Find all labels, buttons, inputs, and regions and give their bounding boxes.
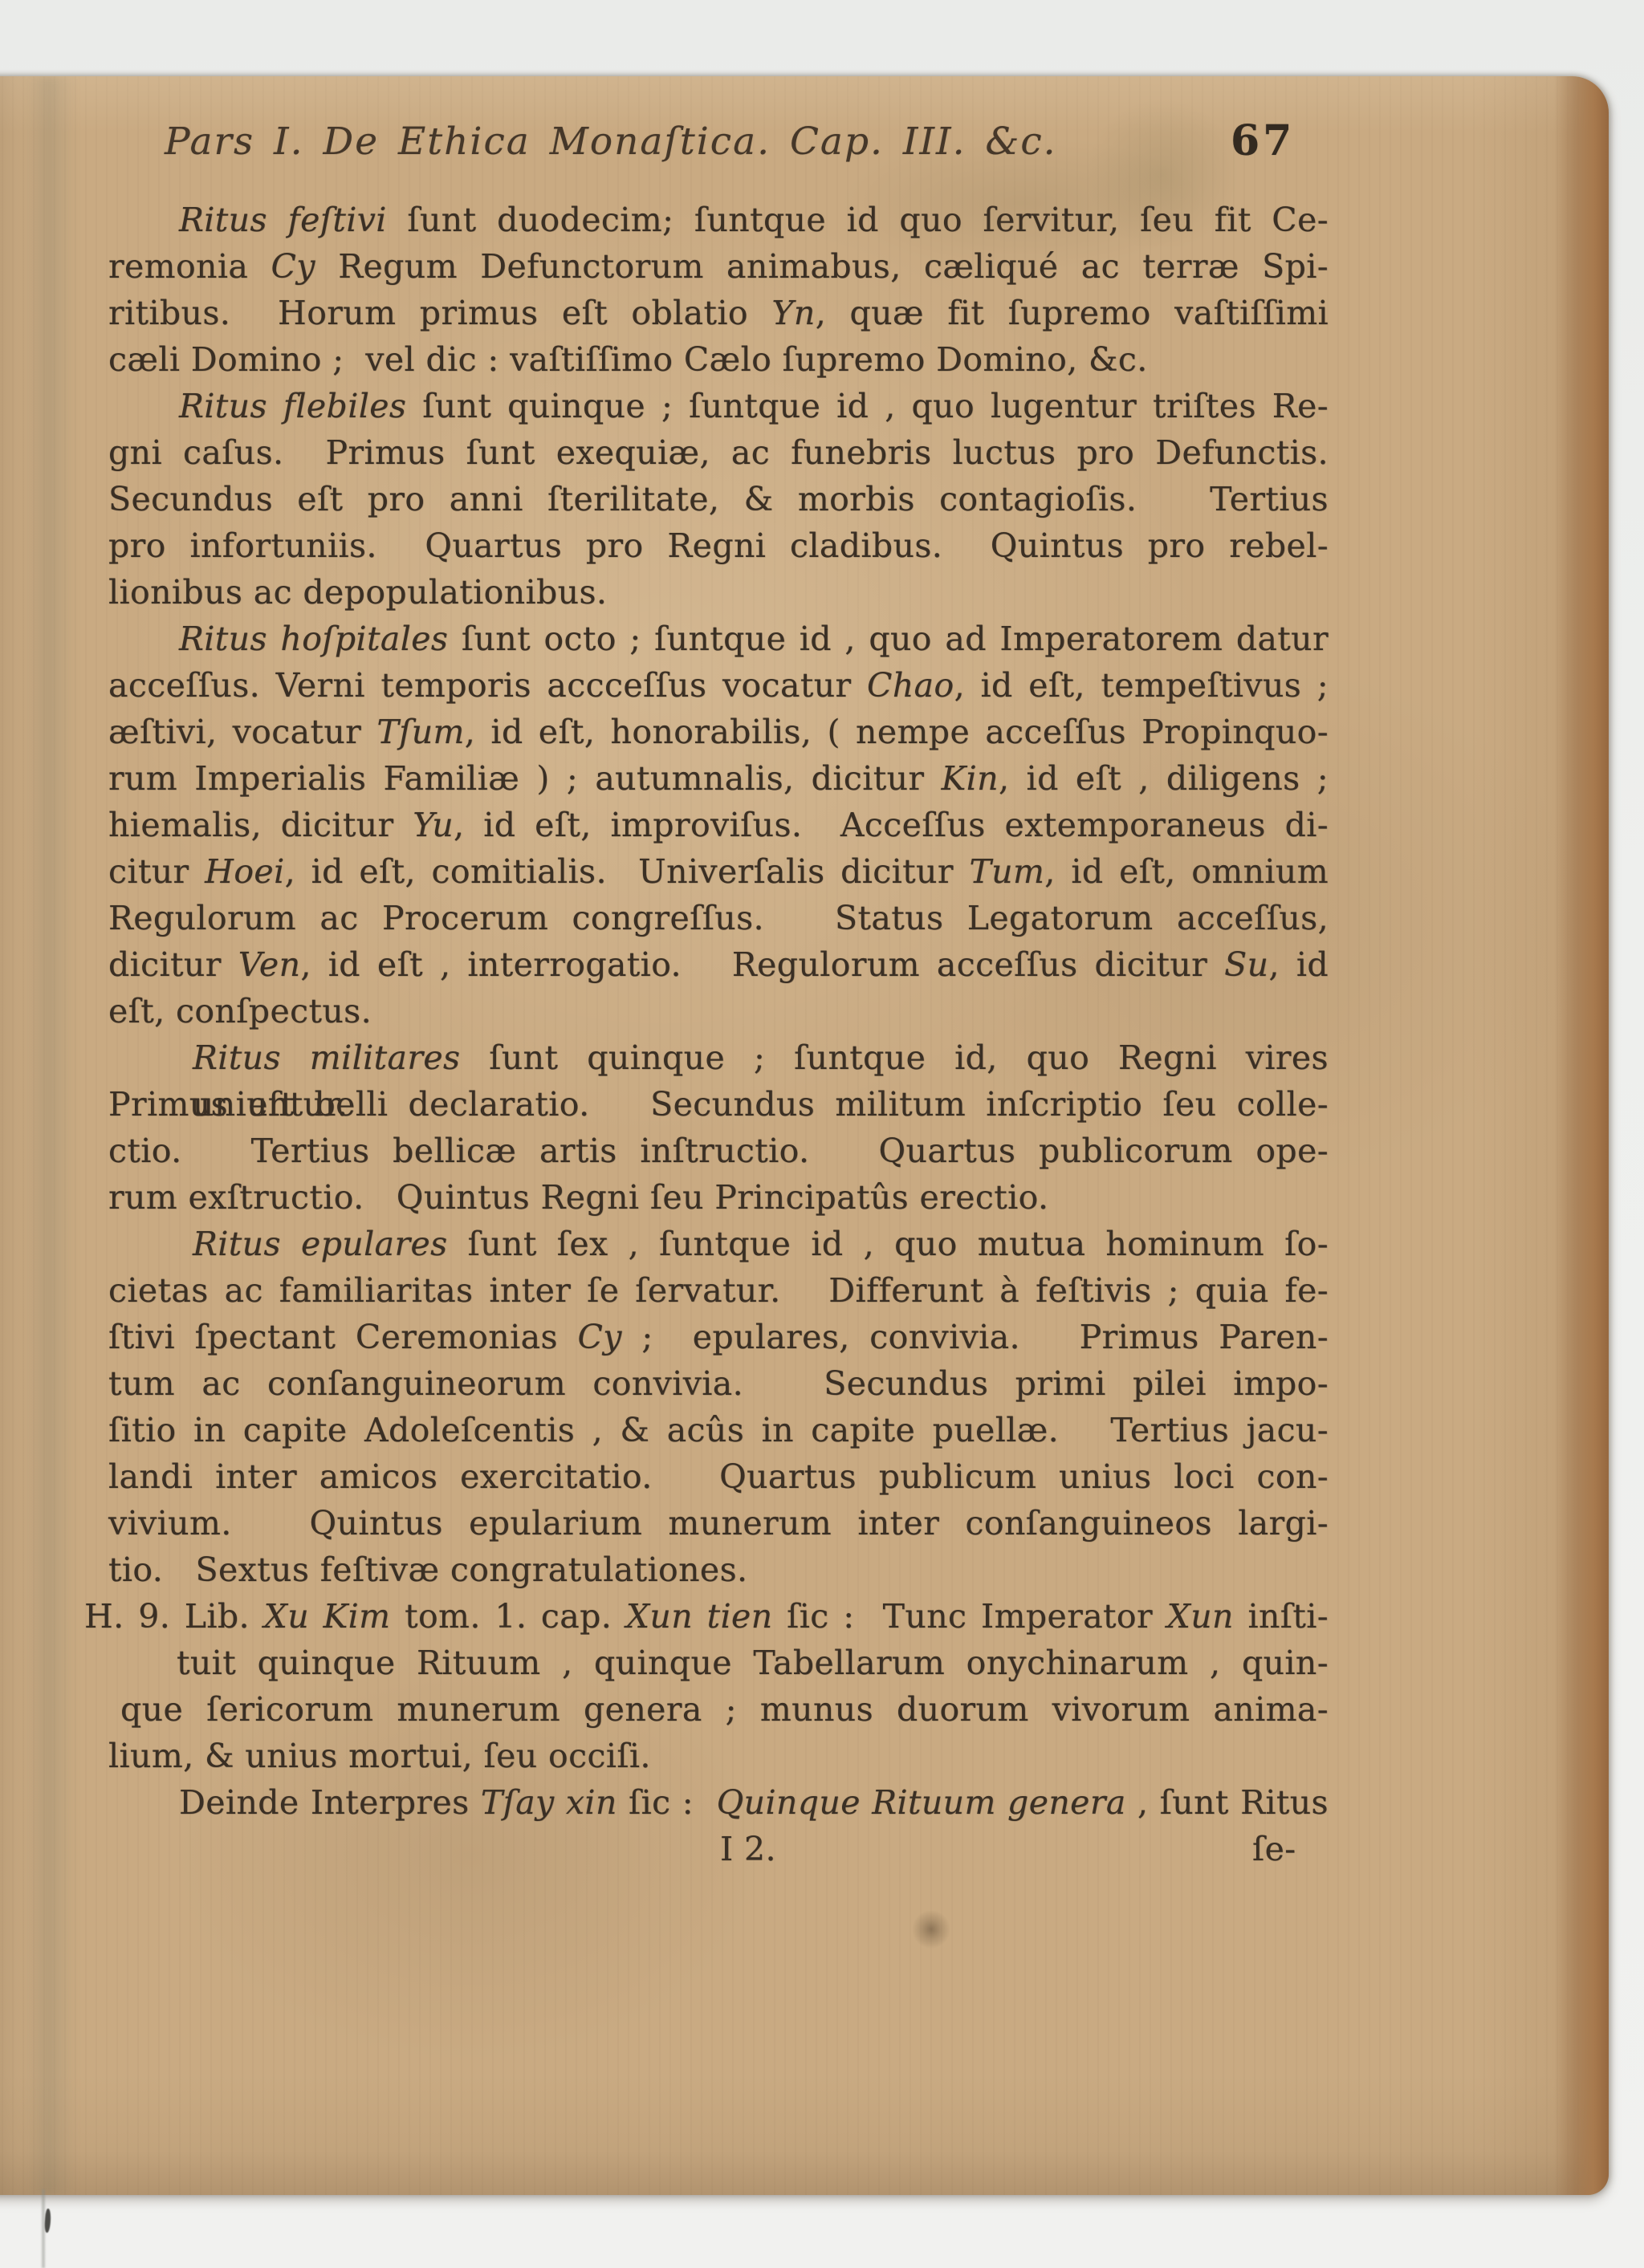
text-segment: , id eſt, omnium bbox=[1044, 852, 1329, 891]
text-segment: lium, & unius mortui, ſeu occiſi. bbox=[108, 1737, 651, 1775]
page-fore-edge bbox=[1554, 76, 1609, 2195]
text-line: ſitio in capite Adoleſcentis , & acûs in… bbox=[108, 1407, 1329, 1453]
gutter-shadow bbox=[27, 76, 77, 2195]
text-line: Secundus eſt pro anni ſterilitate, & mor… bbox=[108, 476, 1329, 522]
text-segment: ſitio in capite Adoleſcentis , & acûs in… bbox=[108, 1411, 1329, 1449]
italic-term: Ritus flebiles bbox=[179, 387, 406, 425]
italic-term: Cy bbox=[577, 1318, 621, 1356]
text-line: gni caſus. Primus ſunt exequiæ, ac funeb… bbox=[108, 429, 1329, 476]
paragraph: Ritus hoſpitales ſunt octo ; ſuntque id … bbox=[108, 616, 1329, 1034]
text-segment: tum ac conſanguineorum convivia. Secundu… bbox=[108, 1364, 1329, 1403]
text-segment: tom. 1. cap. bbox=[390, 1597, 625, 1636]
text-line: eſt, conſpectus. bbox=[108, 988, 1329, 1034]
text-line: ritibus. Horum primus eſt oblatio Yn, qu… bbox=[108, 290, 1329, 336]
text-segment: Secundus eſt pro anni ſterilitate, & mor… bbox=[108, 480, 1329, 518]
body-text: Ritus feſtivi ſunt duodecim; ſuntque id … bbox=[108, 197, 1329, 1872]
italic-term: Tſum bbox=[376, 713, 464, 751]
text-segment: dicitur bbox=[108, 945, 238, 984]
italic-term: Yn bbox=[771, 294, 815, 332]
italic-term: Ven bbox=[238, 945, 301, 984]
text-line: Primus eſt belli declaratio. Secundus mi… bbox=[108, 1081, 1329, 1128]
text-line: pro infortuniis. Quartus pro Regni cladi… bbox=[108, 522, 1329, 569]
text-line: tuit quinque Rituum , quinque Tabellarum… bbox=[108, 1640, 1329, 1686]
running-head: Pars I. De Ethica Monaſtica. Cap. III. &… bbox=[108, 115, 1329, 179]
italic-term: Su bbox=[1224, 945, 1268, 984]
text-line: rum exſtructio. Quintus Regni ſeu Princi… bbox=[108, 1174, 1329, 1221]
text-segment: , id eſt , interrogatio. Regulorum acceſ… bbox=[300, 945, 1224, 984]
italic-term: Ritus epulares bbox=[193, 1225, 448, 1263]
text-segment: vivium. Quintus epularium munerum inter … bbox=[108, 1504, 1329, 1542]
paragraph: Ritus flebiles ſunt quinque ; ſuntque id… bbox=[108, 383, 1329, 616]
text-segment: lionibus ac depopulationibus. bbox=[108, 573, 607, 612]
catchword: ſe- bbox=[1252, 1826, 1296, 1872]
text-line: Ritus epulares ſunt ſex , ſuntque id , q… bbox=[108, 1221, 1329, 1267]
paragraph: Ritus militares ſunt quinque ; ſuntque i… bbox=[108, 1034, 1329, 1221]
text-segment: , id eſt, honorabilis, ( nempe acceſſus … bbox=[465, 713, 1329, 751]
signature-mark: I 2. bbox=[720, 1826, 776, 1872]
text-segment: gni caſus. Primus ſunt exequiæ, ac funeb… bbox=[108, 433, 1329, 472]
text-segment: inſti- bbox=[1234, 1597, 1329, 1636]
text-segment: hiemalis, dicitur bbox=[108, 806, 413, 844]
text-line: vivium. Quintus epularium munerum inter … bbox=[108, 1500, 1329, 1547]
text-segment: que ſericorum munerum genera ; munus duo… bbox=[120, 1690, 1329, 1729]
italic-term: Yu bbox=[413, 806, 454, 844]
page-number: 67 bbox=[1231, 116, 1295, 165]
italic-term: Tſay xin bbox=[481, 1783, 617, 1822]
text-segment: æſtivi, vocatur bbox=[108, 713, 376, 751]
text-line: ſtivi ſpectant Ceremonias Cy ; epulares,… bbox=[108, 1314, 1329, 1360]
text-segment: Regulorum ac Procerum congreſſus. Status… bbox=[108, 899, 1329, 937]
italic-term: Xun tien bbox=[626, 1597, 773, 1636]
text-segment: landi inter amicos exercitatio. Quartus … bbox=[108, 1457, 1329, 1496]
paragraph: Ritus feſtivi ſunt duodecim; ſuntque id … bbox=[108, 197, 1329, 383]
text-line: tio. Sextus feſtivæ congratulationes. bbox=[108, 1547, 1329, 1593]
italic-term: Tum bbox=[969, 852, 1044, 891]
text-segment: Deinde Interpres bbox=[179, 1783, 481, 1822]
text-segment: remonia bbox=[108, 247, 271, 286]
text-line: Deinde Interpres Tſay xin ſic : Quinque … bbox=[108, 1779, 1329, 1826]
text-line: Ritus feſtivi ſunt duodecim; ſuntque id … bbox=[108, 197, 1329, 243]
text-segment: rum Imperialis Familiæ ) ; autumnalis, d… bbox=[108, 759, 942, 798]
text-segment: cæli Domino ; vel dic : vaſtiſſimo Cælo … bbox=[108, 340, 1148, 379]
text-line: ctio. Tertius bellicæ artis inſtructio. … bbox=[108, 1128, 1329, 1174]
text-segment: H. 9. Lib. bbox=[84, 1597, 264, 1636]
text-line: dicitur Ven, id eſt , interrogatio. Regu… bbox=[108, 941, 1329, 988]
paragraph: Ritus epulares ſunt ſex , ſuntque id , q… bbox=[108, 1221, 1329, 1593]
text-segment: rum exſtructio. Quintus Regni ſeu Princi… bbox=[108, 1178, 1048, 1217]
text-segment: pro infortuniis. Quartus pro Regni cladi… bbox=[108, 526, 1329, 565]
text-segment: acceſſus. Verni temporis accceſſus vocat… bbox=[108, 666, 867, 705]
italic-term: Ritus feſtivi bbox=[179, 201, 387, 239]
text-line: tum ac conſanguineorum convivia. Secundu… bbox=[108, 1360, 1329, 1407]
italic-term: Quinque Rituum genera bbox=[717, 1783, 1126, 1822]
text-segment: ſunt octo ; ſuntque id , quo ad Imperato… bbox=[448, 620, 1329, 658]
text-line: Ritus flebiles ſunt quinque ; ſuntque id… bbox=[108, 383, 1329, 429]
text-line: hiemalis, dicitur Yu, id eſt, improviſus… bbox=[108, 802, 1329, 848]
text-segment: cietas ac familiaritas inter ſe ſervatur… bbox=[108, 1271, 1329, 1310]
text-segment: , id eſt, comitialis. Univerſalis dicitu… bbox=[285, 852, 970, 891]
signature-line: I 2.ſe- bbox=[108, 1826, 1329, 1872]
text-line: Ritus hoſpitales ſunt octo ; ſuntque id … bbox=[108, 616, 1329, 662]
text-line: cæli Domino ; vel dic : vaſtiſſimo Cælo … bbox=[108, 336, 1329, 383]
text-segment: ritibus. Horum primus eſt oblatio bbox=[108, 294, 771, 332]
text-segment: , id bbox=[1268, 945, 1329, 984]
text-line: H. 9. Lib. Xu Kim tom. 1. cap. Xun tien … bbox=[84, 1593, 1329, 1640]
book-page-scan: Pars I. De Ethica Monaſtica. Cap. III. &… bbox=[0, 0, 1644, 2268]
text-segment: , id eſt, tempeſtivus ; bbox=[954, 666, 1329, 705]
text-line: Regulorum ac Procerum congreſſus. Status… bbox=[108, 895, 1329, 941]
text-line: lionibus ac depopulationibus. bbox=[108, 569, 1329, 616]
text-line: citur Hoei, id eſt, comitialis. Univerſa… bbox=[108, 848, 1329, 895]
text-segment: ; epulares, convivia. Primus Paren- bbox=[622, 1318, 1329, 1356]
text-segment: ſunt ſex , ſuntque id , quo mutua hominu… bbox=[448, 1225, 1329, 1263]
italic-term: Ritus militares bbox=[193, 1038, 460, 1077]
text-line: acceſſus. Verni temporis accceſſus vocat… bbox=[108, 662, 1329, 709]
italic-term: Ritus hoſpitales bbox=[179, 620, 448, 658]
text-line: cietas ac familiaritas inter ſe ſervatur… bbox=[108, 1267, 1329, 1314]
text-segment: ſunt quinque ; ſuntque id , quo lugentur… bbox=[406, 387, 1329, 425]
text-segment: citur bbox=[108, 852, 205, 891]
text-segment: Regum Defunctorum animabus, cæliqué ac t… bbox=[315, 247, 1329, 286]
text-segment: ctio. Tertius bellicæ artis inſtructio. … bbox=[108, 1132, 1329, 1170]
text-segment: , id eſt , diligens ; bbox=[999, 759, 1329, 798]
text-line: landi inter amicos exercitatio. Quartus … bbox=[108, 1453, 1329, 1500]
text-line: lium, & unius mortui, ſeu occiſi. bbox=[108, 1733, 1329, 1779]
text-line: Ritus militares ſunt quinque ; ſuntque i… bbox=[108, 1034, 1329, 1081]
running-head-title: Pars I. De Ethica Monaſtica. Cap. III. &… bbox=[165, 120, 1057, 164]
text-segment: tio. Sextus feſtivæ congratulationes. bbox=[108, 1551, 747, 1589]
text-segment: ſunt duodecim; ſuntque id quo ſervitur, … bbox=[387, 201, 1329, 239]
text-segment: ſic : Tunc Imperator bbox=[773, 1597, 1167, 1636]
italic-term: Cy bbox=[271, 247, 315, 286]
text-line: que ſericorum munerum genera ; munus duo… bbox=[108, 1686, 1329, 1733]
pen-mark bbox=[44, 2209, 51, 2233]
text-segment: , id eſt, improviſus. Acceſſus extempora… bbox=[454, 806, 1329, 844]
text-segment: ſtivi ſpectant Ceremonias bbox=[108, 1318, 577, 1356]
paragraph: H. 9. Lib. Xu Kim tom. 1. cap. Xun tien … bbox=[108, 1593, 1329, 1779]
text-line: æſtivi, vocatur Tſum, id eſt, honorabili… bbox=[108, 709, 1329, 755]
text-segment: , ſunt Ritus bbox=[1126, 1783, 1329, 1822]
text-segment: tuit quinque Rituum , quinque Tabellarum… bbox=[177, 1644, 1329, 1682]
text-segment: ſic : bbox=[617, 1783, 717, 1822]
italic-term: Hoei bbox=[205, 852, 284, 891]
italic-term: Kin bbox=[942, 759, 999, 798]
text-line: rum Imperialis Familiæ ) ; autumnalis, d… bbox=[108, 755, 1329, 802]
text-segment: , quæ fit ſupremo vaſtiſſimi bbox=[816, 294, 1329, 332]
text-line: remonia Cy Regum Defunctorum animabus, c… bbox=[108, 243, 1329, 290]
italic-term: Xun bbox=[1167, 1597, 1234, 1636]
text-segment: Primus eſt belli declaratio. Secundus mi… bbox=[108, 1085, 1329, 1124]
page: Pars I. De Ethica Monaſtica. Cap. III. &… bbox=[0, 76, 1609, 2195]
italic-term: Xu Kim bbox=[264, 1597, 391, 1636]
paragraph: Deinde Interpres Tſay xin ſic : Quinque … bbox=[108, 1779, 1329, 1826]
italic-term: Chao bbox=[867, 666, 954, 705]
text-segment: eſt, conſpectus. bbox=[108, 992, 372, 1030]
